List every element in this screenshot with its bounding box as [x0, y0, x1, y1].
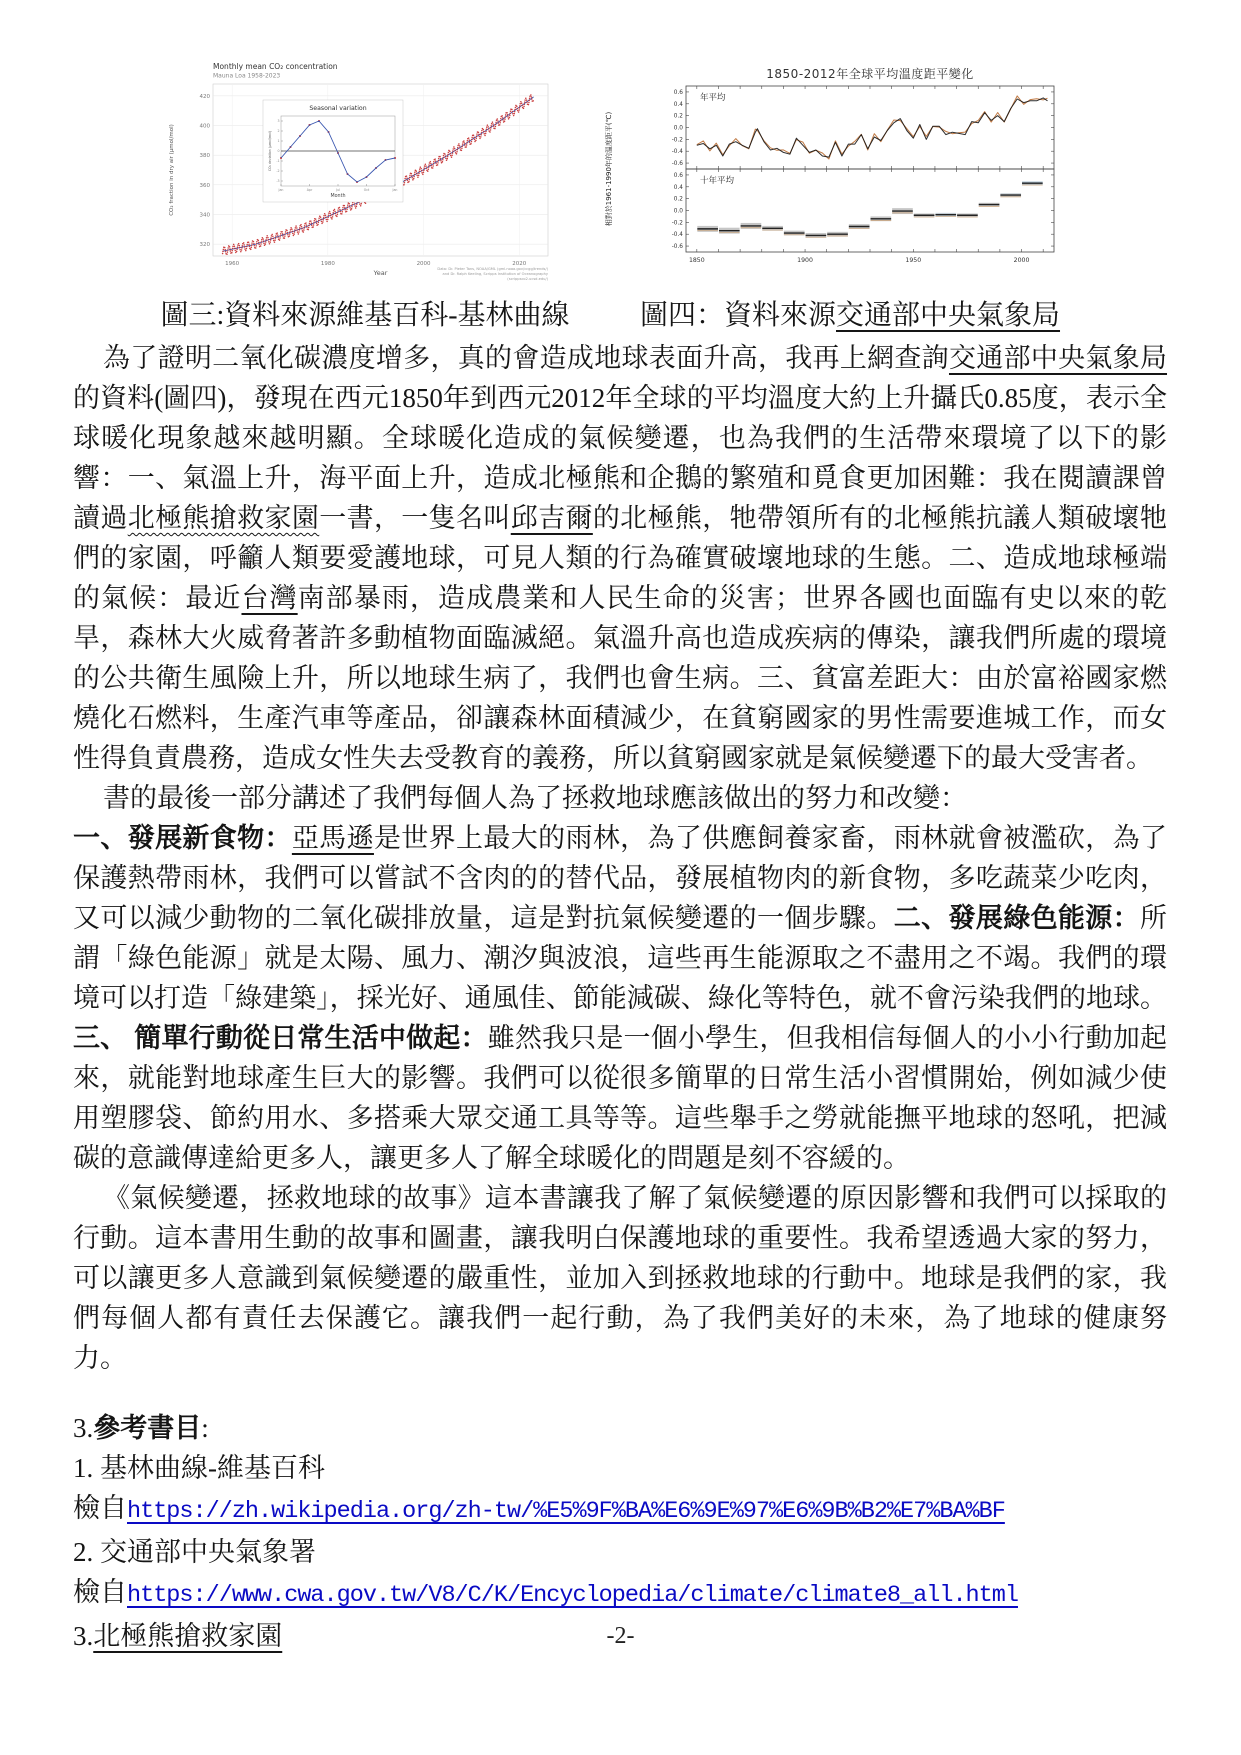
svg-text:Oct: Oct — [364, 188, 370, 192]
references-section: 3.參考書目:1. 基林曲線-維基百科檢自https://zh.wikipedi… — [73, 1408, 1167, 1656]
text-run: 一、發展新食物： — [73, 823, 292, 853]
svg-text:-2: -2 — [276, 169, 279, 173]
svg-text:相對於1961-1990年的溫度距平(℃): 相對於1961-1990年的溫度距平(℃) — [604, 111, 613, 226]
svg-text:0.0: 0.0 — [674, 126, 684, 132]
svg-text:-1: -1 — [276, 159, 279, 163]
text-run: 《氣候變遷，拯救地球的故事》這本書讓我了解了氣候變遷的原因影響和我們可以採取的行… — [73, 1183, 1167, 1373]
figure-temperature-anomaly: 1850-2012年全球平均溫度距平變化0.60.40.20.0-0.2-0.4… — [598, 66, 1070, 274]
svg-text:and Dr. Ralph Keeling, Scripps: and Dr. Ralph Keeling, Scripps Instituti… — [443, 272, 549, 276]
reference-link[interactable]: https://www.cwa.gov.tw/V8/C/K/Encycloped… — [127, 1582, 1018, 1609]
body-paragraph: 為了證明二氧化碳濃度增多，真的會造成地球表面升高，我再上網查詢交通部中央氣象局的… — [73, 338, 1167, 778]
text-run: 北極熊搶救家園 — [128, 503, 320, 533]
svg-text:1850: 1850 — [689, 257, 705, 264]
reference-line: 3.參考書目: — [73, 1408, 1167, 1448]
svg-text:Year: Year — [373, 269, 388, 277]
svg-text:Jan: Jan — [392, 188, 398, 192]
text-run: 三、 簡單行動從日常生活中做起： — [73, 1023, 488, 1053]
text-run: 圖四：資料來源 — [640, 300, 836, 331]
svg-text:0: 0 — [277, 149, 279, 153]
text-run: 3. — [73, 1413, 93, 1443]
body-text: 為了證明二氧化碳濃度增多，真的會造成地球表面升高，我再上網查詢交通部中央氣象局的… — [73, 338, 1167, 1378]
text-run: 邱吉爾 — [511, 503, 593, 533]
figure-caption-right: 圖四：資料來源交通部中央氣象局 — [620, 299, 1080, 333]
svg-text:0.4: 0.4 — [674, 102, 684, 108]
svg-text:Month: Month — [330, 193, 345, 199]
figure-keeling-curve: 3203403603804004201960198020002020Monthl… — [163, 60, 563, 295]
svg-text:CO₂ fraction in dry air (μmol/: CO₂ fraction in dry air (μmol/mol) — [169, 124, 175, 216]
text-run: 一書，一隻名叫 — [319, 503, 511, 533]
reference-line: 檢自https://zh.wikipedia.org/zh-tw/%E5%9F%… — [73, 1488, 1167, 1532]
keeling-curve-chart: 3203403603804004201960198020002020Monthl… — [163, 60, 563, 295]
svg-text:1900: 1900 — [797, 257, 813, 264]
svg-text:-0.4: -0.4 — [672, 149, 684, 155]
svg-text:-0.2: -0.2 — [672, 137, 684, 143]
text-run: 檢自 — [73, 1493, 127, 1523]
figure-caption-left: 圖三:資料來源維基百科-基林曲線 — [85, 299, 645, 333]
svg-text:Jul: Jul — [335, 188, 340, 192]
svg-text:1: 1 — [277, 139, 279, 143]
text-run: 書的最後一部分講述了我們每個人為了拯救地球應該做出的努力和改變： — [103, 783, 967, 813]
svg-text:0.6: 0.6 — [674, 90, 684, 96]
svg-text:Mauna Loa 1958-2023: Mauna Loa 1958-2023 — [213, 73, 280, 80]
svg-text:0.2: 0.2 — [674, 114, 684, 120]
svg-text:320: 320 — [200, 242, 211, 248]
svg-text:CO₂ deviation (μmol/mol): CO₂ deviation (μmol/mol) — [268, 131, 272, 171]
svg-text:-0.2: -0.2 — [672, 220, 684, 226]
svg-text:(scrippsco2.ucsd.edu/): (scrippsco2.ucsd.edu/) — [507, 277, 548, 281]
svg-text:2: 2 — [277, 129, 279, 133]
svg-text:2000: 2000 — [1014, 257, 1030, 264]
svg-text:-0.4: -0.4 — [672, 232, 684, 238]
document-page: 3203403603804004201960198020002020Monthl… — [0, 0, 1241, 1755]
text-run: 檢自 — [73, 1577, 127, 1607]
svg-text:Jan: Jan — [278, 188, 284, 192]
svg-text:1980: 1980 — [321, 261, 335, 267]
svg-text:Data: Dr. Pieter Tans, NOAA/GM: Data: Dr. Pieter Tans, NOAA/GML (gml.noa… — [437, 267, 548, 271]
text-run: : — [201, 1413, 209, 1443]
svg-text:3: 3 — [277, 119, 279, 123]
svg-text:Seasonal variation: Seasonal variation — [309, 105, 366, 112]
text-run: 交通部中央氣象局 — [836, 300, 1060, 331]
text-run: 二、發展綠色能源： — [894, 903, 1140, 933]
reference-link[interactable]: https://zh.wikipedia.org/zh-tw/%E5%9F%BA… — [127, 1498, 1005, 1525]
text-run: 參考書目 — [93, 1413, 201, 1443]
svg-text:十年平均: 十年平均 — [700, 175, 735, 186]
svg-text:400: 400 — [200, 124, 211, 130]
svg-text:2000: 2000 — [417, 261, 431, 267]
svg-text:0.6: 0.6 — [674, 173, 684, 179]
body-paragraph: 一、發展新食物：亞馬遜是世界上最大的雨林，為了供應飼養家畜，雨林就會被濫砍，為了… — [73, 818, 1167, 1178]
text-run: 台灣 — [241, 583, 297, 613]
text-run: 2. 交通部中央氣象署 — [73, 1537, 316, 1567]
temperature-anomaly-chart: 1850-2012年全球平均溫度距平變化0.60.40.20.0-0.2-0.4… — [598, 66, 1070, 274]
text-run: 圖三:資料來源維基百科-基林曲線 — [160, 300, 569, 331]
reference-line: 2. 交通部中央氣象署 — [73, 1532, 1167, 1572]
body-paragraph: 《氣候變遷，拯救地球的故事》這本書讓我了解了氣候變遷的原因影響和我們可以採取的行… — [73, 1178, 1167, 1378]
svg-text:-0.6: -0.6 — [672, 161, 684, 167]
svg-text:Monthly mean CO₂ concentration: Monthly mean CO₂ concentration — [213, 62, 338, 71]
svg-text:420: 420 — [200, 94, 211, 100]
text-run: 亞馬遜 — [292, 823, 374, 853]
svg-text:-3: -3 — [276, 179, 279, 183]
page-number: -2- — [0, 1623, 1241, 1650]
svg-text:360: 360 — [200, 183, 211, 189]
svg-text:1950: 1950 — [905, 257, 921, 264]
svg-text:-0.6: -0.6 — [672, 244, 684, 250]
svg-text:1960: 1960 — [225, 261, 239, 267]
text-run: 為了證明二氧化碳濃度增多，真的會造成地球表面升高，我再上網查詢 — [103, 343, 949, 373]
reference-line: 檢自https://www.cwa.gov.tw/V8/C/K/Encyclop… — [73, 1572, 1167, 1616]
svg-text:0.2: 0.2 — [674, 197, 684, 203]
svg-text:Apr: Apr — [307, 188, 313, 192]
text-run: 1. 基林曲線-維基百科 — [73, 1453, 325, 1483]
svg-text:340: 340 — [200, 212, 211, 218]
text-run: 交通部中央氣象局 — [949, 343, 1167, 373]
svg-text:0.0: 0.0 — [674, 209, 684, 215]
reference-line: 1. 基林曲線-維基百科 — [73, 1448, 1167, 1488]
svg-text:年平均: 年平均 — [700, 92, 726, 103]
body-paragraph: 書的最後一部分講述了我們每個人為了拯救地球應該做出的努力和改變： — [73, 778, 1167, 818]
svg-text:0.4: 0.4 — [674, 185, 684, 191]
svg-text:1850-2012年全球平均溫度距平變化: 1850-2012年全球平均溫度距平變化 — [766, 66, 973, 81]
svg-text:380: 380 — [200, 153, 211, 159]
